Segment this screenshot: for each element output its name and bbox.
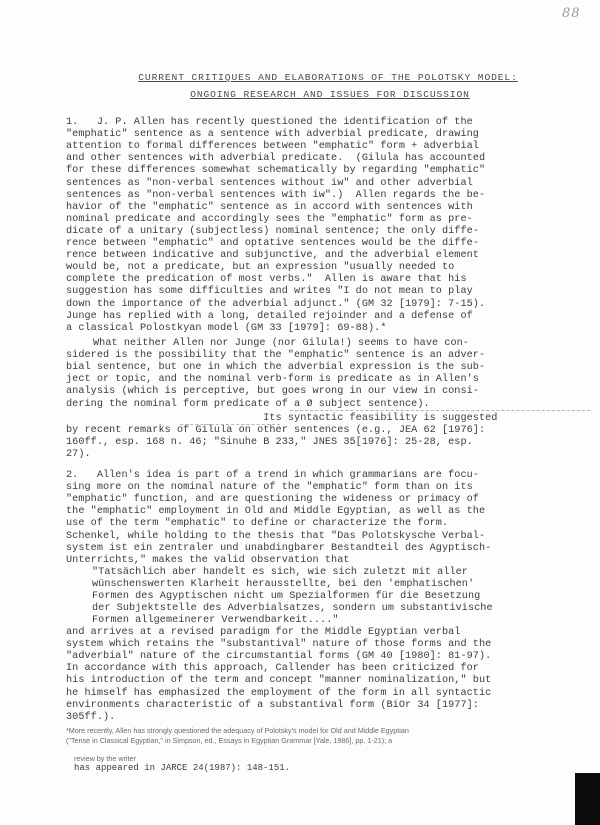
text-line: sentences as "non-verbal sentences with … [66, 190, 485, 202]
footnote-line-3: review by the writer has appeared in JAR… [66, 745, 290, 782]
text-line: rence between "emphatic" and optative se… [66, 238, 479, 250]
footnote-line-2: ("Tense in Classical Egyptian," in Simps… [66, 736, 392, 745]
quote-line: Formen allgemeinerer Verwendbarkeit...." [92, 615, 339, 627]
text-line: a classical Polostkyan model (GM 33 [197… [66, 323, 387, 335]
redaction-rule [290, 410, 590, 411]
text-line: ject or topic, and the nominal verb-form… [66, 374, 479, 386]
text-line: the "emphatic" employment in Old and Mid… [66, 506, 485, 518]
text-line: by recent remarks of Gilula on other sen… [66, 425, 485, 437]
text-line: Schenkel, while holding to the thesis th… [66, 531, 485, 543]
text-line: havior of the "emphatic" sentence as in … [66, 202, 473, 214]
text-line: 27). [66, 449, 91, 461]
text-line: environments characteristic of a substan… [66, 700, 479, 712]
quote-line: "Tatsächlich aber handelt es sich, wie s… [92, 567, 468, 579]
text-line: sidered is the possibility that the "emp… [66, 350, 485, 362]
text-line: Junge has replied with a long, detailed … [66, 311, 473, 323]
footnote-typed: has appeared in JARCE 24(1987): 148-151. [74, 763, 290, 773]
text-line: complete the predication of most verbs."… [66, 274, 467, 286]
text-line: dering the nominal form predicate of a Ø… [66, 399, 430, 411]
quote-line: Formen des Agyptischen nicht um Spezialf… [92, 591, 480, 603]
text-line: "emphatic" sentence as a sentence with a… [66, 129, 479, 141]
body-text: 1. J. P. Allen has recently questioned t… [66, 0, 586, 825]
text-line: dicate of a unitary (subjectless) nomina… [66, 226, 479, 238]
text-line: system ist ein zentraler und unabdingbar… [66, 543, 491, 555]
text-line: down the importance of the adverbial adj… [66, 299, 485, 311]
text-line: and arrives at a revised paradigm for th… [66, 627, 460, 639]
text-line: sing more on the nominal nature of the "… [66, 482, 473, 494]
text-line: system which retains the "substantival" … [66, 639, 491, 651]
text-line: he himself has emphasized the employment… [66, 688, 491, 700]
text-line: and other sentences with adverbial predi… [66, 153, 485, 165]
quote-line: wünschenswerten Klarheit herausstellte, … [92, 579, 474, 591]
text-line: 1. J. P. Allen has recently questioned t… [66, 117, 473, 129]
text-line: for these differences somewhat schematic… [66, 165, 485, 177]
text-line: bial sentence, but one in which the adve… [66, 362, 485, 374]
text-line: nominal predicate and accordingly sees t… [66, 214, 473, 226]
text-line: Unterrichts," makes the valid observatio… [66, 555, 350, 567]
quote-line: der Subjektstelle des Adverbialsatzes, s… [92, 603, 493, 615]
text-line: 305ff.). [66, 712, 115, 724]
footnote-line-1: *More recently, Allen has strongly quest… [66, 726, 409, 735]
text-line: analysis (which is perceptive, but goes … [66, 386, 479, 398]
text-line: would be, not a predicate, but an expres… [66, 262, 454, 274]
footnote-handwritten: review by the writer [74, 754, 136, 763]
text-line: Its syntactic feasibility is suggested [66, 413, 497, 425]
text-line: rence between indicative and subjunctive… [66, 250, 479, 262]
text-line: attention to formal differences between … [66, 141, 479, 153]
text-line: What neither Allen nor Junge (nor Gilula… [93, 338, 469, 350]
text-line: 2. Allen's idea is part of a trend in wh… [66, 470, 479, 482]
text-line: "emphatic" function, and are questioning… [66, 494, 479, 506]
text-line: suggestion has some difficulties and wri… [66, 286, 473, 298]
text-line: 160ff., esp. 168 n. 46; "Sinuhe B 233," … [66, 437, 473, 449]
text-line: sentences as "non-verbal sentences witho… [66, 178, 473, 190]
scan-edge-mark [575, 773, 600, 825]
text-line: use of the term "emphatic" to define or … [66, 518, 448, 530]
document-page: 88 CURRENT CRITIQUES AND ELABORATIONS OF… [0, 0, 600, 825]
text-line: "adverbial" nature of the circumstantial… [66, 651, 491, 663]
text-line: In accordance with this approach, Callen… [66, 663, 479, 675]
text-line: his introduction of the term and concept… [66, 675, 491, 687]
redaction-rule [180, 424, 280, 425]
